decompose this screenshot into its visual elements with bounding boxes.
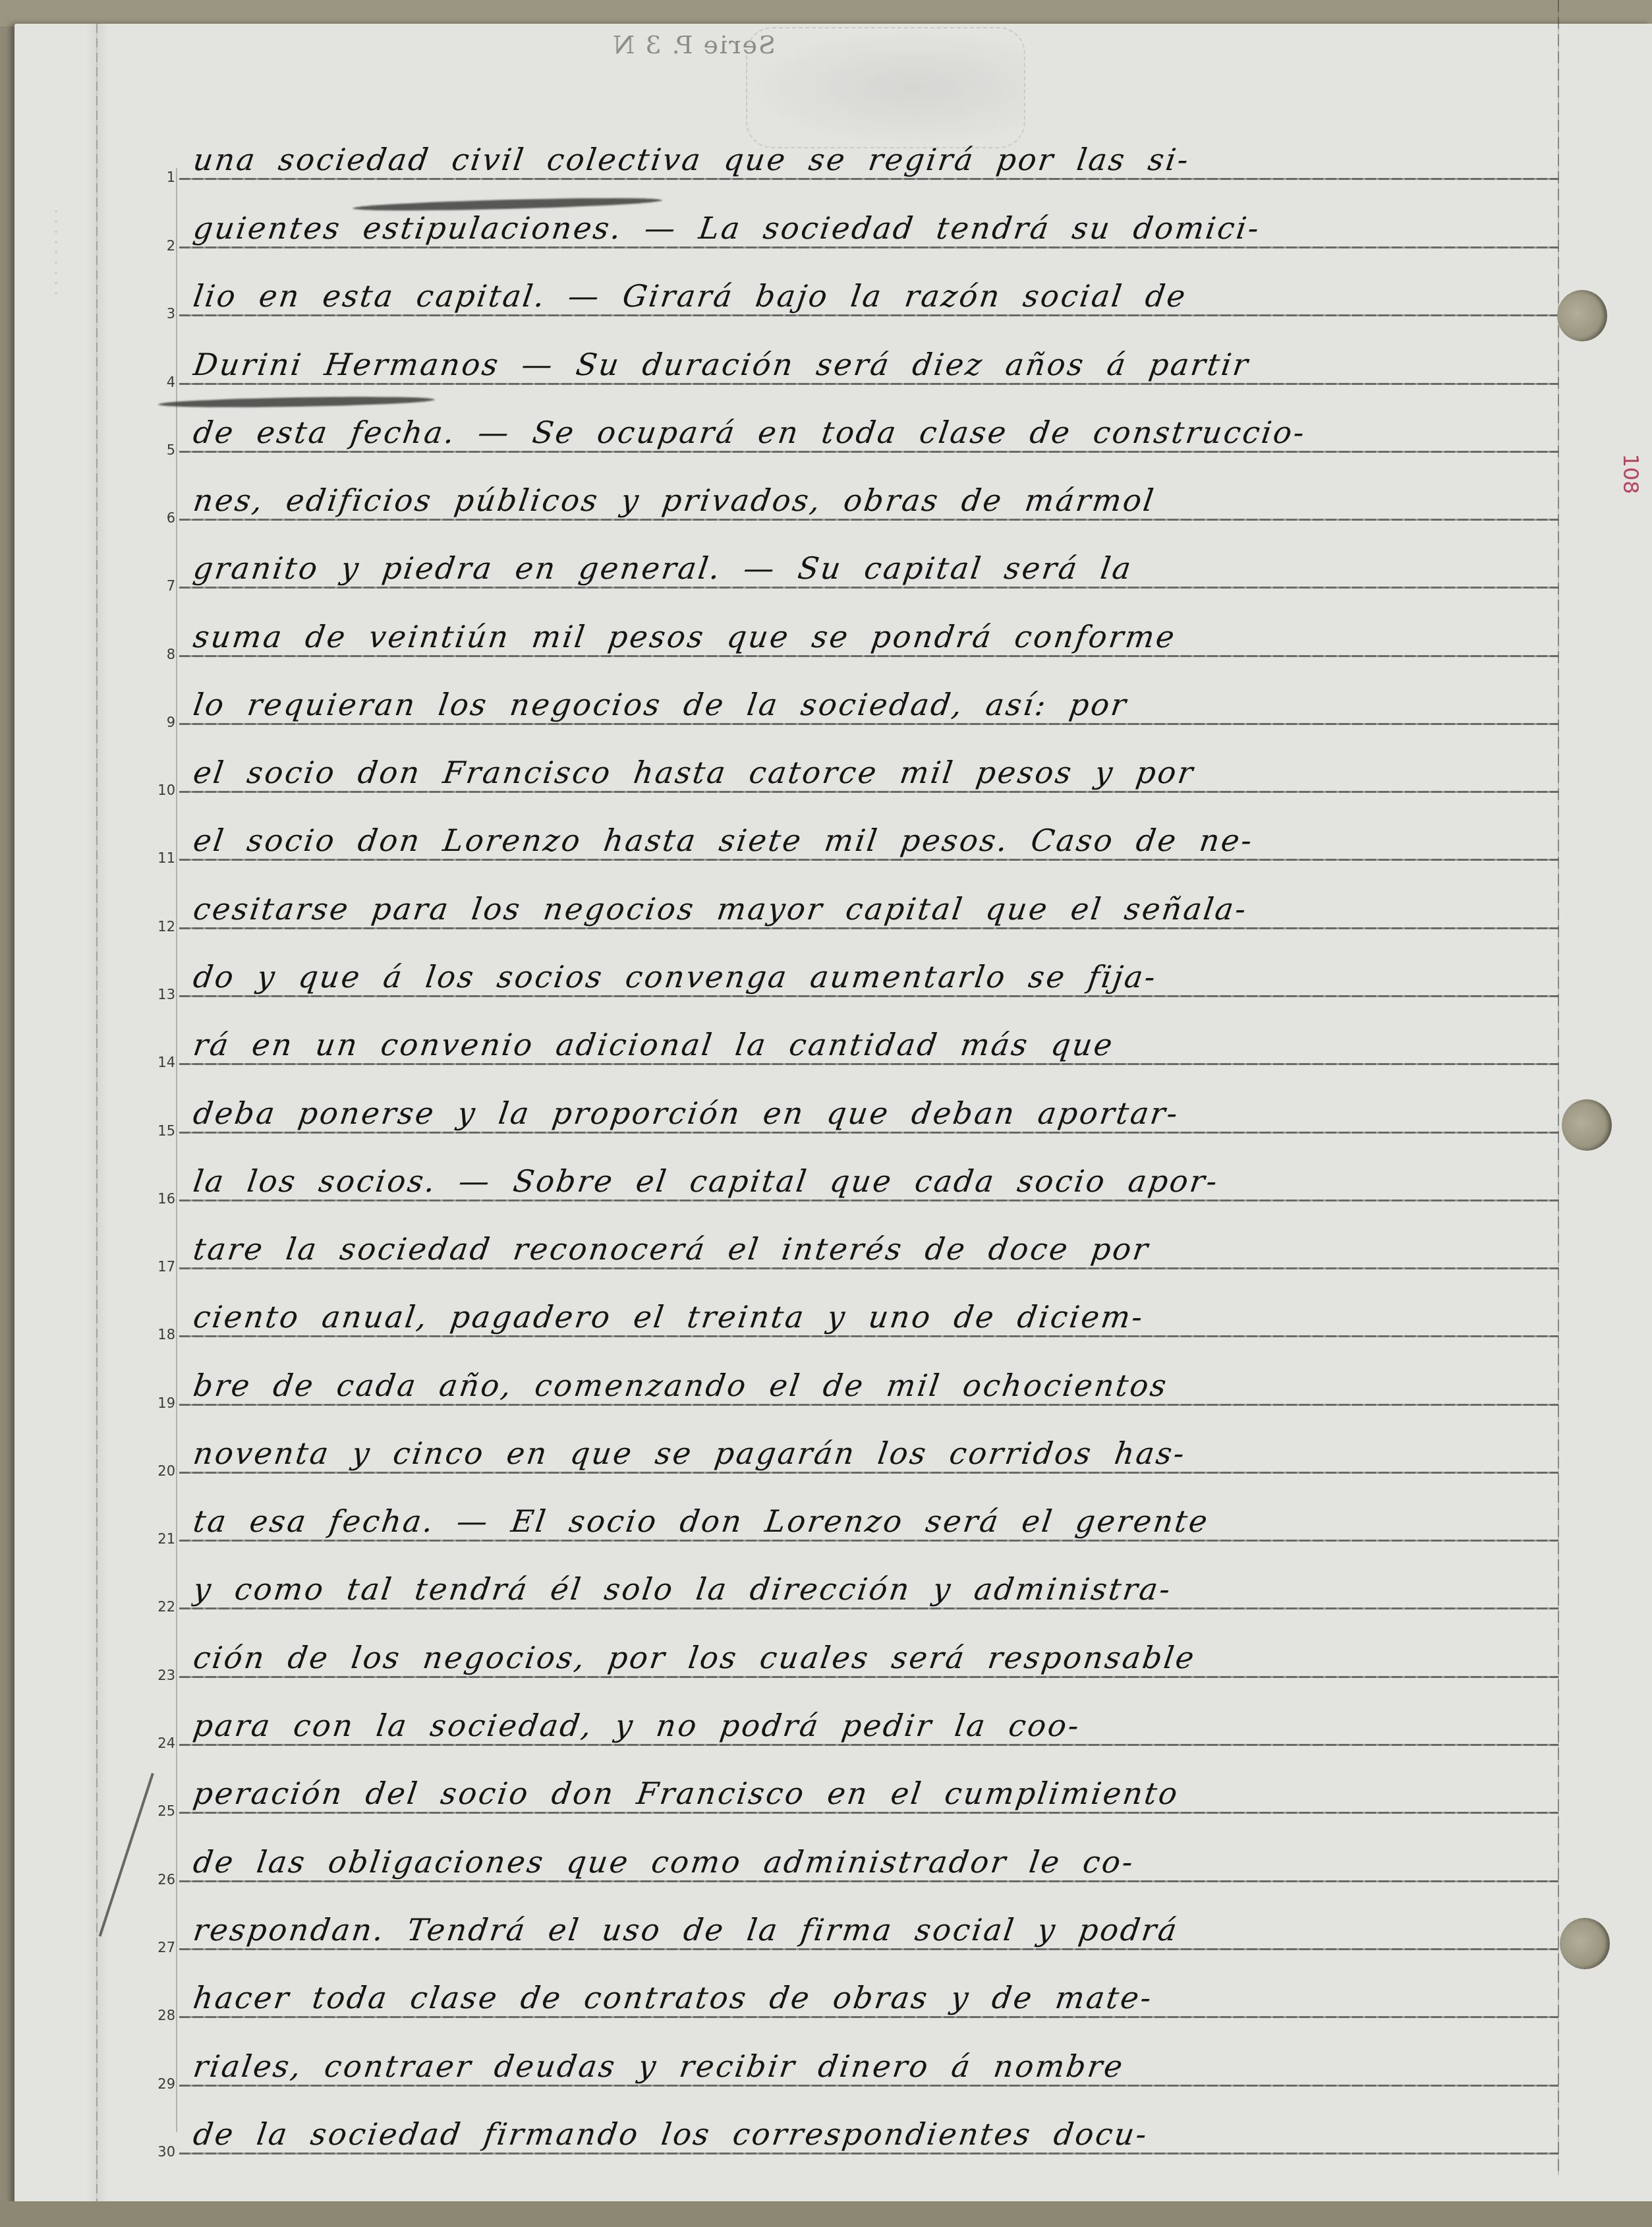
line-text: la los socios. — Sobre el capital que ca… <box>191 1163 1564 1199</box>
ruled-line <box>179 246 1558 248</box>
text-line: 12cesitarse para los negocios mayor capi… <box>152 863 1558 929</box>
scanner-backdrop-bottom <box>0 2201 1652 2227</box>
text-line: 29riales, contraer deudas y recibir dine… <box>152 2021 1558 2087</box>
line-text: deba ponerse y la proporción en que deba… <box>191 1095 1564 1131</box>
line-text: bre de cada año, comenzando el de mil oc… <box>191 1368 1564 1403</box>
line-text: de la sociedad firmando los correspondie… <box>191 2116 1564 2152</box>
scanner-backdrop-top <box>0 0 1652 26</box>
line-text: noventa y cinco en que se pagarán los co… <box>191 1435 1564 1471</box>
text-line: 9lo requieran los negocios de la socieda… <box>152 659 1558 725</box>
ruled-line <box>179 1812 1558 1814</box>
line-text: ciento anual, pagadero el treinta y uno … <box>191 1299 1564 1335</box>
page-fold-shadow <box>86 24 109 2211</box>
text-line: 14rá en un convenio adicional la cantida… <box>152 999 1558 1065</box>
text-line: 17tare la sociedad reconocerá el interés… <box>152 1203 1558 1269</box>
text-line: 16la los socios. — Sobre el capital que … <box>152 1136 1558 1201</box>
text-line: 23ción de los negocios, por los cuales s… <box>152 1612 1558 1678</box>
text-line: 7granito y piedra en general. — Su capit… <box>152 523 1558 589</box>
punch-hole <box>1560 1918 1610 1969</box>
text-line: 15deba ponerse y la proporción en que de… <box>152 1068 1558 1134</box>
text-line: 28hacer toda clase de contratos de obras… <box>152 1952 1558 2018</box>
ruled-line <box>179 655 1558 657</box>
ruled-line <box>179 2016 1558 2018</box>
line-text: granito y piedra en general. — Su capita… <box>191 550 1564 586</box>
line-text: ción de los negocios, por los cuales ser… <box>191 1640 1564 1675</box>
ruled-line <box>179 995 1558 997</box>
text-line: 27respondan. Tendrá el uso de la firma s… <box>152 1884 1558 1950</box>
folio-number: 108 <box>1618 453 1643 494</box>
text-line: 25peración del socio don Francisco en el… <box>152 1748 1558 1814</box>
text-line: 6nes, edificios públicos y privados, obr… <box>152 455 1558 521</box>
text-line: 13do y que á los socios convenga aumenta… <box>152 931 1558 997</box>
line-text: hacer toda clase de contratos de obras y… <box>191 1980 1564 2015</box>
text-line: 18ciento anual, pagadero el treinta y un… <box>152 1271 1558 1337</box>
line-text: rá en un convenio adicional la cantidad … <box>191 1027 1564 1062</box>
text-line: 1una sociedad civil colectiva que se reg… <box>152 114 1558 180</box>
text-line: 24para con la sociedad, y no podrá pedir… <box>152 1680 1558 1746</box>
text-line: 3lio en esta capital. — Girará bajo la r… <box>152 250 1558 316</box>
line-number: 30 <box>152 2144 175 2160</box>
line-text: peración del socio don Francisco en el c… <box>191 1776 1564 1811</box>
punch-hole <box>1557 290 1607 341</box>
line-text: cesitarse para los negocios mayor capita… <box>191 891 1564 927</box>
ruled-line <box>179 1948 1558 1950</box>
ruled-line <box>179 859 1558 861</box>
ruled-line <box>179 383 1558 385</box>
ruled-line <box>179 927 1558 929</box>
ruled-line <box>179 1540 1558 1542</box>
line-text: para con la sociedad, y no podrá pedir l… <box>191 1708 1564 1743</box>
ruled-line <box>179 314 1558 316</box>
ruled-line <box>179 1267 1558 1269</box>
text-line: 19bre de cada año, comenzando el de mil … <box>152 1340 1558 1406</box>
punch-hole <box>1562 1099 1612 1151</box>
text-line: 11el socio don Lorenzo hasta siete mil p… <box>152 795 1558 861</box>
line-text: el socio don Lorenzo hasta siete mil pes… <box>191 823 1564 858</box>
ruled-line <box>179 1335 1558 1337</box>
ruled-line <box>179 1676 1558 1678</box>
line-text: guientes estipulaciones. — La sociedad t… <box>191 210 1564 246</box>
margin-bleed-through: ········· <box>41 208 67 643</box>
line-text: lo requieran los negocios de la sociedad… <box>191 687 1564 722</box>
ruled-line <box>179 1063 1558 1065</box>
line-text: nes, edificios públicos y privados, obra… <box>191 482 1564 518</box>
line-text: do y que á los socios convenga aumentarl… <box>191 959 1564 995</box>
line-text: riales, contraer deudas y recibir dinero… <box>191 2048 1564 2084</box>
ruled-line <box>179 1200 1558 1201</box>
ruled-line <box>179 178 1558 180</box>
text-line: 20noventa y cinco en que se pagarán los … <box>152 1408 1558 1474</box>
text-line: 2guientes estipulaciones. — La sociedad … <box>152 183 1558 248</box>
ruled-line <box>179 723 1558 725</box>
line-text: lio en esta capital. — Girará bajo la ra… <box>191 278 1564 314</box>
text-line: 5de esta fecha. — Se ocupará en toda cla… <box>152 387 1558 453</box>
line-text: respondan. Tendrá el uso de la firma soc… <box>191 1912 1564 1948</box>
ruled-line <box>179 1880 1558 1882</box>
text-line: 22y como tal tendrá él solo la dirección… <box>152 1544 1558 1609</box>
line-text: de esta fecha. — Se ocupará en toda clas… <box>191 415 1564 450</box>
line-text: de las obligaciones que como administrad… <box>191 1844 1564 1880</box>
text-line: 21ta esa fecha. — El socio don Lorenzo s… <box>152 1476 1558 1542</box>
line-text: y como tal tendrá él solo la dirección y… <box>191 1571 1564 1607</box>
text-line: 8suma de veintiún mil pesos que se pondr… <box>152 591 1558 657</box>
ruled-line <box>179 451 1558 453</box>
line-text: tare la sociedad reconocerá el interés d… <box>191 1231 1564 1267</box>
ruled-line <box>179 2085 1558 2087</box>
ruled-line <box>179 791 1558 793</box>
ruled-line <box>179 519 1558 521</box>
ruled-line <box>179 1132 1558 1134</box>
text-line: 26de las obligaciones que como administr… <box>152 1816 1558 1882</box>
line-text: una sociedad civil colectiva que se regi… <box>191 142 1564 177</box>
line-text: Durini Hermanos — Su duración será diez … <box>191 347 1564 382</box>
ruled-line <box>179 1404 1558 1406</box>
ruled-line <box>179 587 1558 589</box>
line-text: suma de veintiún mil pesos que se pondrá… <box>191 619 1564 654</box>
ruled-line <box>179 1607 1558 1609</box>
ruled-line <box>179 1744 1558 1746</box>
ruled-line <box>179 1472 1558 1474</box>
text-line: 10el socio don Francisco hasta catorce m… <box>152 727 1558 793</box>
text-line: 4Durini Hermanos — Su duración será diez… <box>152 319 1558 385</box>
text-line: 30de la sociedad firmando los correspond… <box>152 2089 1558 2155</box>
line-text: el socio don Francisco hasta catorce mil… <box>191 755 1564 790</box>
line-text: ta esa fecha. — El socio don Lorenzo ser… <box>191 1503 1564 1539</box>
ruled-line <box>179 2153 1558 2155</box>
page-fold-line <box>96 24 98 2211</box>
